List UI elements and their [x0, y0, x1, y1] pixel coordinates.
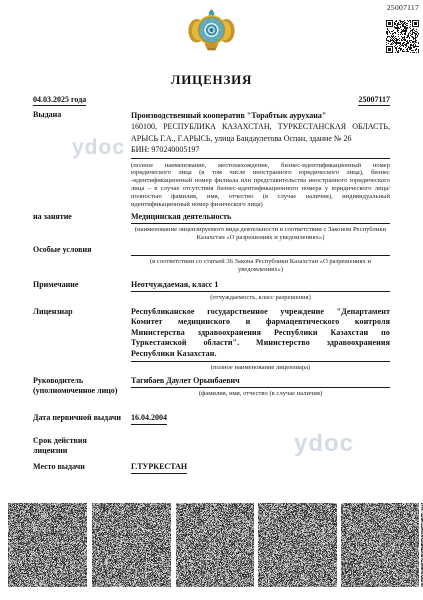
- barcode-noise-block: [8, 503, 87, 587]
- place-value: Г.ТУРКЕСТАН: [131, 462, 187, 474]
- licensor-row: Лицензиар Республиканское государственно…: [33, 307, 390, 372]
- licensor-caption: (полное наименование лицензиара): [131, 364, 390, 372]
- licensee-name: Производственный кооператив "Торабтык ау…: [131, 110, 390, 121]
- head-row: Руководитель (уполномоченное лицо) Тагиб…: [33, 376, 390, 398]
- issued-to-row: Выдана Производственный кооператив "Тора…: [33, 110, 390, 209]
- place-row: Место выдачи Г.ТУРКЕСТАН: [33, 462, 390, 474]
- activity-caption: (наименование лицензируемого вида деятел…: [131, 226, 390, 242]
- issued-to-caption: (полное наименование, местонахождение, б…: [131, 162, 390, 209]
- licensee-address: 160100, РЕСПУБЛИКА КАЗАХСТАН, ТУРКЕСТАНС…: [131, 121, 390, 144]
- activity-value: Медицинская деятельность: [131, 212, 390, 224]
- special-conditions-caption: (в соответствии со статьей 36 Закона Рес…: [131, 258, 390, 274]
- issue-date: 04.03.2025 года: [33, 95, 86, 106]
- serial-number-top: 25007117: [387, 3, 419, 12]
- issued-to-label: Выдана: [33, 110, 131, 120]
- qr-code-icon: [386, 20, 419, 53]
- license-document-page: 25007117 ЛИЦЕНЗИЯ ydoc ydoc 04.03.2025 г…: [0, 0, 423, 600]
- validity-row: Срок действия лицензии: [33, 436, 390, 456]
- first-issue-value: 16.04.2004: [131, 413, 167, 425]
- activity-row: на занятие Медицинская деятельность (наи…: [33, 212, 390, 242]
- date-number-row: 04.03.2025 года 25007117: [33, 95, 390, 106]
- licensor-label: Лицензиар: [33, 307, 131, 317]
- license-number: 25007117: [358, 95, 390, 106]
- first-issue-row: Дата первичной выдачи 16.04.2004: [33, 413, 390, 425]
- barcode-noise-block: [176, 503, 254, 587]
- activity-label: на занятие: [33, 212, 131, 222]
- special-conditions-label: Особые условия: [33, 245, 131, 255]
- barcode-noise-block: [258, 503, 337, 587]
- validity-label: Срок действия: [33, 436, 131, 446]
- note-label: Примечание: [33, 280, 131, 290]
- head-value: Тагибаев Даулет Орынбаевич: [131, 376, 390, 388]
- kazakhstan-emblem-icon: [188, 8, 235, 52]
- special-conditions-row: Особые условия (в соответствии со статье…: [33, 245, 390, 274]
- head-label: Руководитель: [33, 376, 131, 386]
- note-value: Неотчуждаемая, класс 1: [131, 280, 390, 292]
- first-issue-label: Дата первичной выдачи: [33, 413, 131, 423]
- note-row: Примечание Неотчуждаемая, класс 1 (отчуж…: [33, 280, 390, 302]
- document-title: ЛИЦЕНЗИЯ: [0, 72, 423, 88]
- note-caption: (отчуждаемость, класс разрешения): [131, 294, 390, 302]
- licensor-value: Республиканское государственное учрежден…: [131, 307, 390, 362]
- head-caption: (фамилия, имя, отчество (в случае наличи…: [131, 390, 390, 398]
- barcode-noise-block: [341, 503, 419, 587]
- head-label-line2: (уполномоченное лицо): [33, 386, 131, 396]
- place-label: Место выдачи: [33, 462, 131, 472]
- special-conditions-value: [131, 245, 390, 256]
- licensee-bin: БИН: 970240005197: [131, 144, 390, 156]
- validity-label-line2: лицензии: [33, 446, 131, 456]
- barcode-noise-block: [92, 503, 171, 587]
